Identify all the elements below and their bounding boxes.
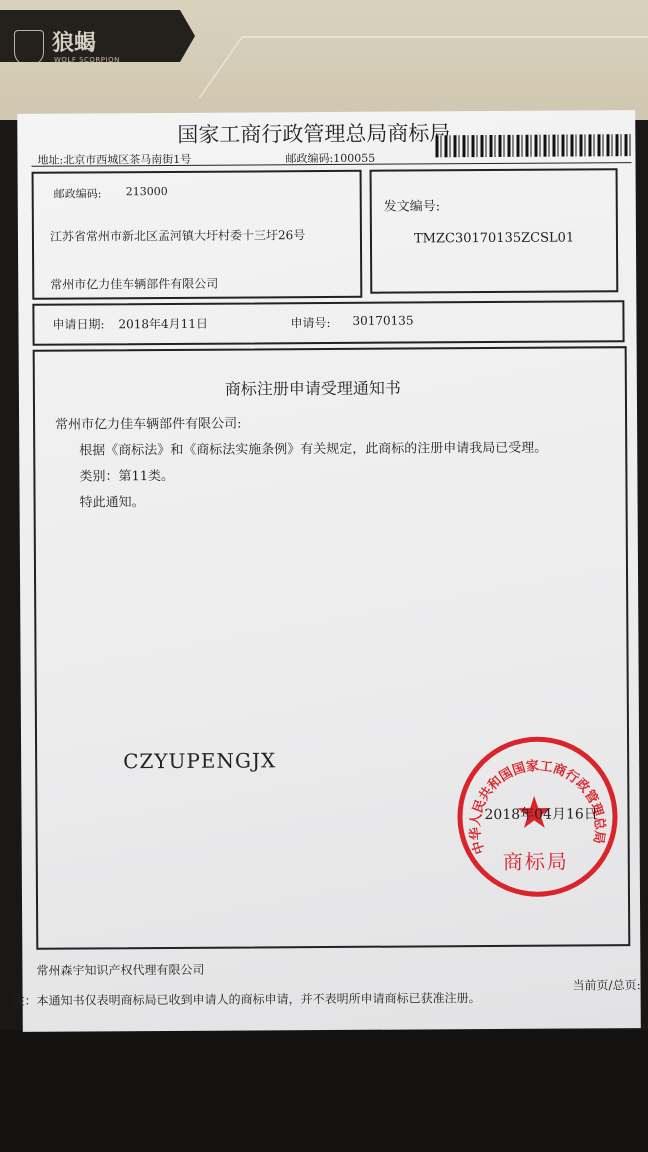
- notice-addressee: 常州市亿力佳车辆部件有限公司:: [55, 413, 242, 433]
- desk-surface: 狼蝎 WOLF SCORPION: [0, 0, 648, 120]
- recipient-postcode-label: 邮政编码:: [54, 185, 102, 201]
- document-number-label: 发文编号:: [384, 195, 441, 214]
- footer-note: 注：本通知书仅表明商标局已收到申请人的商标申请，并不表明所申请商标已获准注册。: [13, 989, 481, 1009]
- application-info-box: 申请日期: 2018年4月11日 申请号: 30170135: [32, 300, 624, 346]
- notice-body: 根据《商标法》和《商标法实施条例》有关规定，此商标的注册申请我局已受理。: [79, 437, 547, 459]
- document-number: TMZC30170135ZCSL01: [414, 230, 574, 246]
- page-indicator: 当前页/总页:: [572, 976, 640, 993]
- application-date-label: 申请日期:: [52, 315, 104, 332]
- desk-shadow: [0, 1030, 648, 1152]
- recipient-postcode: 213000: [126, 185, 168, 198]
- notice-closing: 特此通知。: [80, 491, 145, 510]
- scorpion-logo-icon: [14, 30, 44, 66]
- notice-document: 国家工商行政管理总局商标局 地址:北京市西城区茶马南街1号 邮政编码:10005…: [17, 110, 641, 1032]
- recipient-company: 常州市亿力佳车辆部件有限公司: [50, 275, 218, 293]
- document-number-box: 发文编号: TMZC30170135ZCSL01: [370, 168, 619, 294]
- official-seal: 中华人民共和国国家工商行政管理总局 ★ 商标局 2018年04月16日: [457, 736, 618, 897]
- recipient-address: 江苏省常州市新北区孟河镇大圩村委十三圩26号: [50, 226, 305, 245]
- barcode-icon: [435, 134, 631, 157]
- agent-name: 常州森宇知识产权代理有限公司: [36, 961, 204, 979]
- trademark-text: CZYUPENGJX: [123, 748, 276, 773]
- desk-ridge: [198, 36, 648, 98]
- application-number-label: 申请号:: [290, 314, 330, 331]
- notice-title: 商标注册申请受理通知书: [225, 376, 401, 400]
- notice-category: 类别：第11类。: [79, 465, 174, 485]
- application-date: 2018年4月11日: [118, 315, 208, 333]
- brand-name-en: WOLF SCORPION: [54, 56, 120, 64]
- application-number: 30170135: [352, 313, 413, 327]
- seal-bureau: 商标局: [503, 846, 569, 875]
- seal-date: 2018年04月16日: [484, 803, 597, 824]
- brand-name-cn: 狼蝎: [52, 26, 96, 57]
- brand-plate: 狼蝎 WOLF SCORPION: [0, 10, 195, 62]
- recipient-box: 邮政编码: 213000 江苏省常州市新北区孟河镇大圩村委十三圩26号 常州市亿…: [32, 170, 363, 300]
- issuer-title: 国家工商行政管理总局商标局: [177, 117, 450, 149]
